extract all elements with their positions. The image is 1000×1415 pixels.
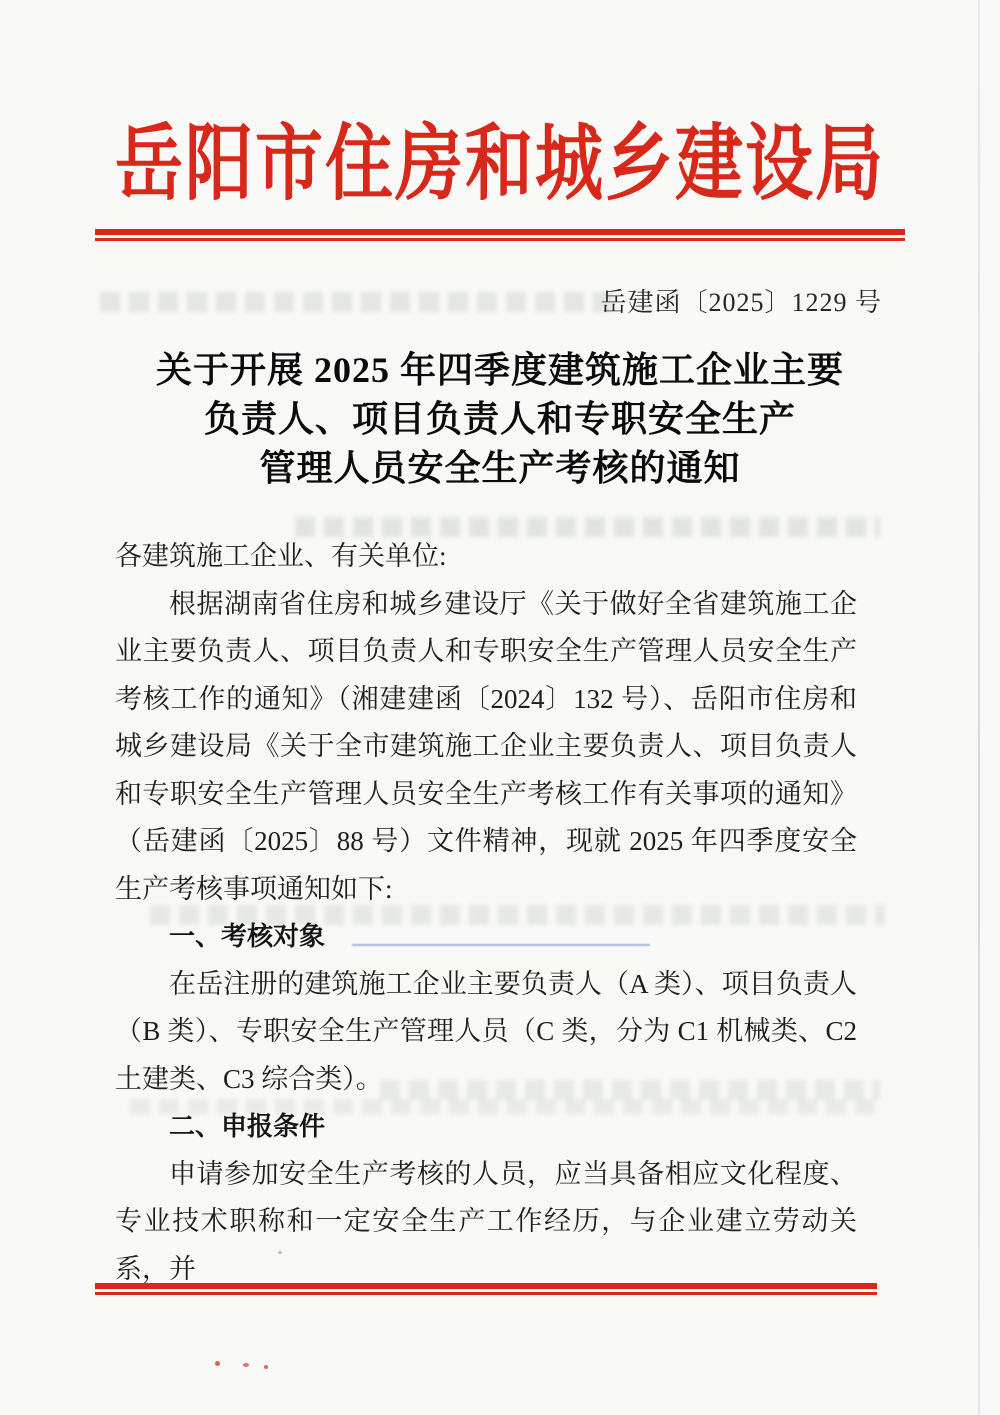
section-1-body: 在岳注册的建筑施工企业主要负责人（A 类）、项目负责人（B 类）、专职安全生产管… — [115, 961, 857, 1104]
title-line-2: 负责人、项目负责人和专职安全生产 — [0, 395, 1000, 444]
ink-speck — [243, 1363, 249, 1367]
section-2-heading: 二、申报条件 — [115, 1103, 857, 1151]
intro-paragraph: 根据湖南省住房和城乡建设厅《关于做好全省建筑施工企业主要负责人、项目负责人和专职… — [115, 581, 857, 914]
title-line-3: 管理人员安全生产考核的通知 — [0, 444, 1000, 493]
salutation: 各建筑施工企业、有关单位: — [115, 533, 857, 581]
section-2-body: 申请参加安全生产考核的人员，应当具备相应文化程度、专业技术职称和一定安全生产工作… — [115, 1151, 857, 1294]
ink-speck — [215, 1361, 220, 1366]
agency-name: 岳阳市住房和城乡建设局 — [0, 98, 1000, 216]
scanned-document-page: 岳阳市住房和城乡建设局 岳建函〔2025〕1229 号 关于开展 2025 年四… — [0, 0, 1000, 1415]
ink-speck — [278, 1251, 282, 1254]
document-title: 关于开展 2025 年四季度建筑施工企业主要 负责人、项目负责人和专职安全生产 … — [0, 346, 1000, 493]
footer-divider-line — [95, 1283, 877, 1295]
document-body: 各建筑施工企业、有关单位: 根据湖南省住房和城乡建设厅《关于做好全省建筑施工企业… — [115, 533, 857, 1293]
title-line-1: 关于开展 2025 年四季度建筑施工企业主要 — [0, 346, 1000, 395]
document-number: 岳建函〔2025〕1229 号 — [600, 282, 882, 319]
ink-speck — [264, 1365, 268, 1369]
header-divider-line — [95, 229, 905, 241]
section-1-heading: 一、考核对象 — [115, 913, 857, 961]
bleedthrough-smudge — [100, 292, 620, 312]
